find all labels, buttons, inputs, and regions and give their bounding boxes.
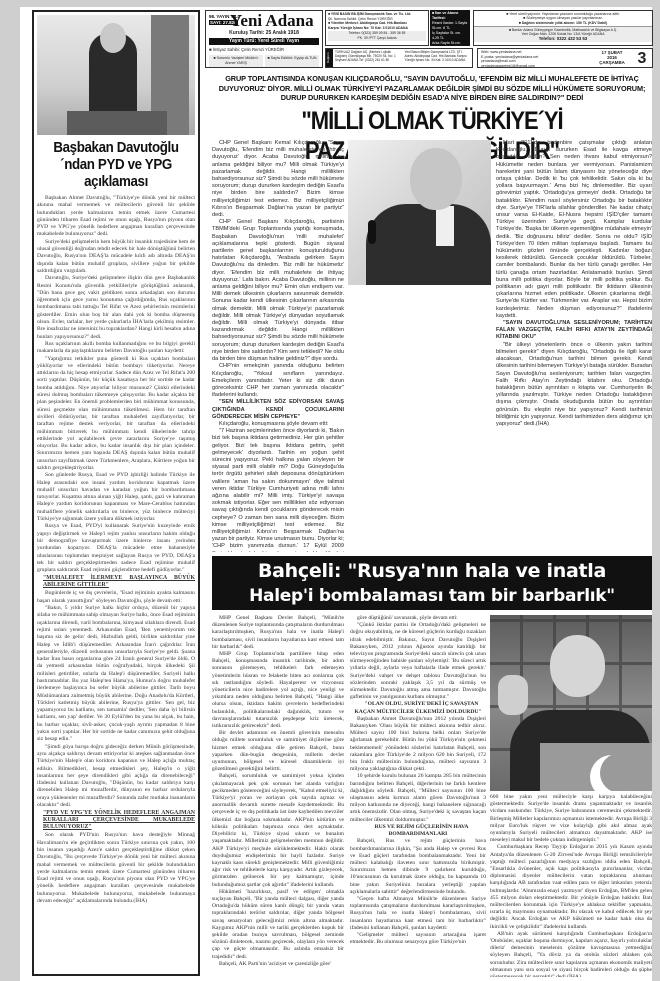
bahceli-col-3: 600 bine yakın yeni mülteciyle karşı kar…: [490, 794, 652, 977]
newspaper-logo: Yeni Adana: [230, 11, 314, 31]
ad-rates: ■ İlan ve Abone Tarifesi: Resmi İlanlar:…: [430, 10, 470, 46]
main-subhead-1: "SEN MİLLİLİKTEN SÖZ EDİYORSAN SAVAŞ ÇIK…: [212, 399, 344, 421]
contact-date-box: Web: www.yeniadana.net E-posta: yeniadan…: [477, 48, 653, 68]
main-col-1: CHP Genel Başkanı Kemal Kılıçdaroğlu, "S…: [212, 140, 344, 552]
left-story-title: Başbakan Davutoğlu´ndan PYD ve YPG açıkl…: [43, 140, 188, 191]
notices-box: ■ Yerel süreli yayındır. Yayınlanan yazı…: [473, 10, 653, 46]
bahceli-col-2: göre düştüğünü' savunarak, şöyle devam e…: [350, 615, 486, 977]
publisher-info: ■ YENİ BASIN BİLİŞİM Danışmanlık San. ve…: [325, 10, 429, 46]
left-subhead-2: "PYD VE YPG'YE YÖNELİK HEDEFLERE ANGAJMA…: [37, 810, 195, 831]
bahceli-col-1: MHP Genel Başkanı Devlet Bahçeli, "Münih…: [212, 615, 344, 977]
kilicdaroglu-photo: [348, 140, 491, 285]
main-kicker: GRUP TOPLANTISINDA KONUŞAN KILIÇDAROĞLU,…: [212, 74, 652, 103]
distribution-info: Dağıtım TURKUAZ Dağıtım AŞ. (Merkez Loji…: [325, 48, 473, 68]
bahceli-photo: [490, 615, 652, 791]
main-col-3: Mart 2011'de birdenbire çatışmalar çıktı…: [496, 140, 652, 552]
left-subhead-1: "MUHALEFET İLERMEYE BAŞLAYINCA BÜYÜK ABİ…: [37, 575, 195, 589]
microphone-shape: [368, 220, 376, 244]
issue-date: 17 ŞUBAT 2016 ÇARŞAMBA: [592, 49, 632, 67]
newspaper-page: Başbakan Davutoğlu´ndan PYD ve YPG açıkl…: [0, 0, 660, 981]
main-subhead-2: "SAYIN DAVUTOĞLU'NA SESLENİYORUM; TARİHT…: [496, 320, 652, 342]
bahceli-subhead-2: RUS VE REJİM GÜÇLERİNİN HAVA BOMBARDIMAN…: [350, 824, 486, 838]
bahceli-headline: Bahçeli: "Rusya'nın hala ve inatla Halep…: [212, 556, 652, 610]
left-story: Başbakan Davutoğlu´ndan PYD ve YPG açıkl…: [32, 10, 200, 976]
left-story-body: Başbakan Ahmet Davutoğlu, "Türkiye'ye dö…: [37, 195, 195, 905]
davutoglu-photo: [37, 15, 195, 135]
main-col-2: "7 Haziran seçimlerinden önce diyorlardı…: [348, 288, 491, 552]
scan-border-top: [0, 0, 660, 7]
page-number: 3: [632, 49, 652, 67]
scan-border-left: [0, 0, 20, 981]
bahceli-subhead-1: "OLAN OLDU, SURİYE'DEKİ İÇ SAVAŞTAN KAÇA…: [350, 701, 486, 715]
masthead-brand: 98. YAYIN YILI SAYI: 27.828 Yeni Adana K…: [205, 10, 323, 68]
email-link-3[interactable]: yeniadanagazetesi18@gmail.com: [481, 64, 589, 69]
scan-border-right: [652, 0, 660, 981]
masthead: 98. YAYIN YILI SAYI: 27.828 Yeni Adana K…: [205, 10, 653, 68]
